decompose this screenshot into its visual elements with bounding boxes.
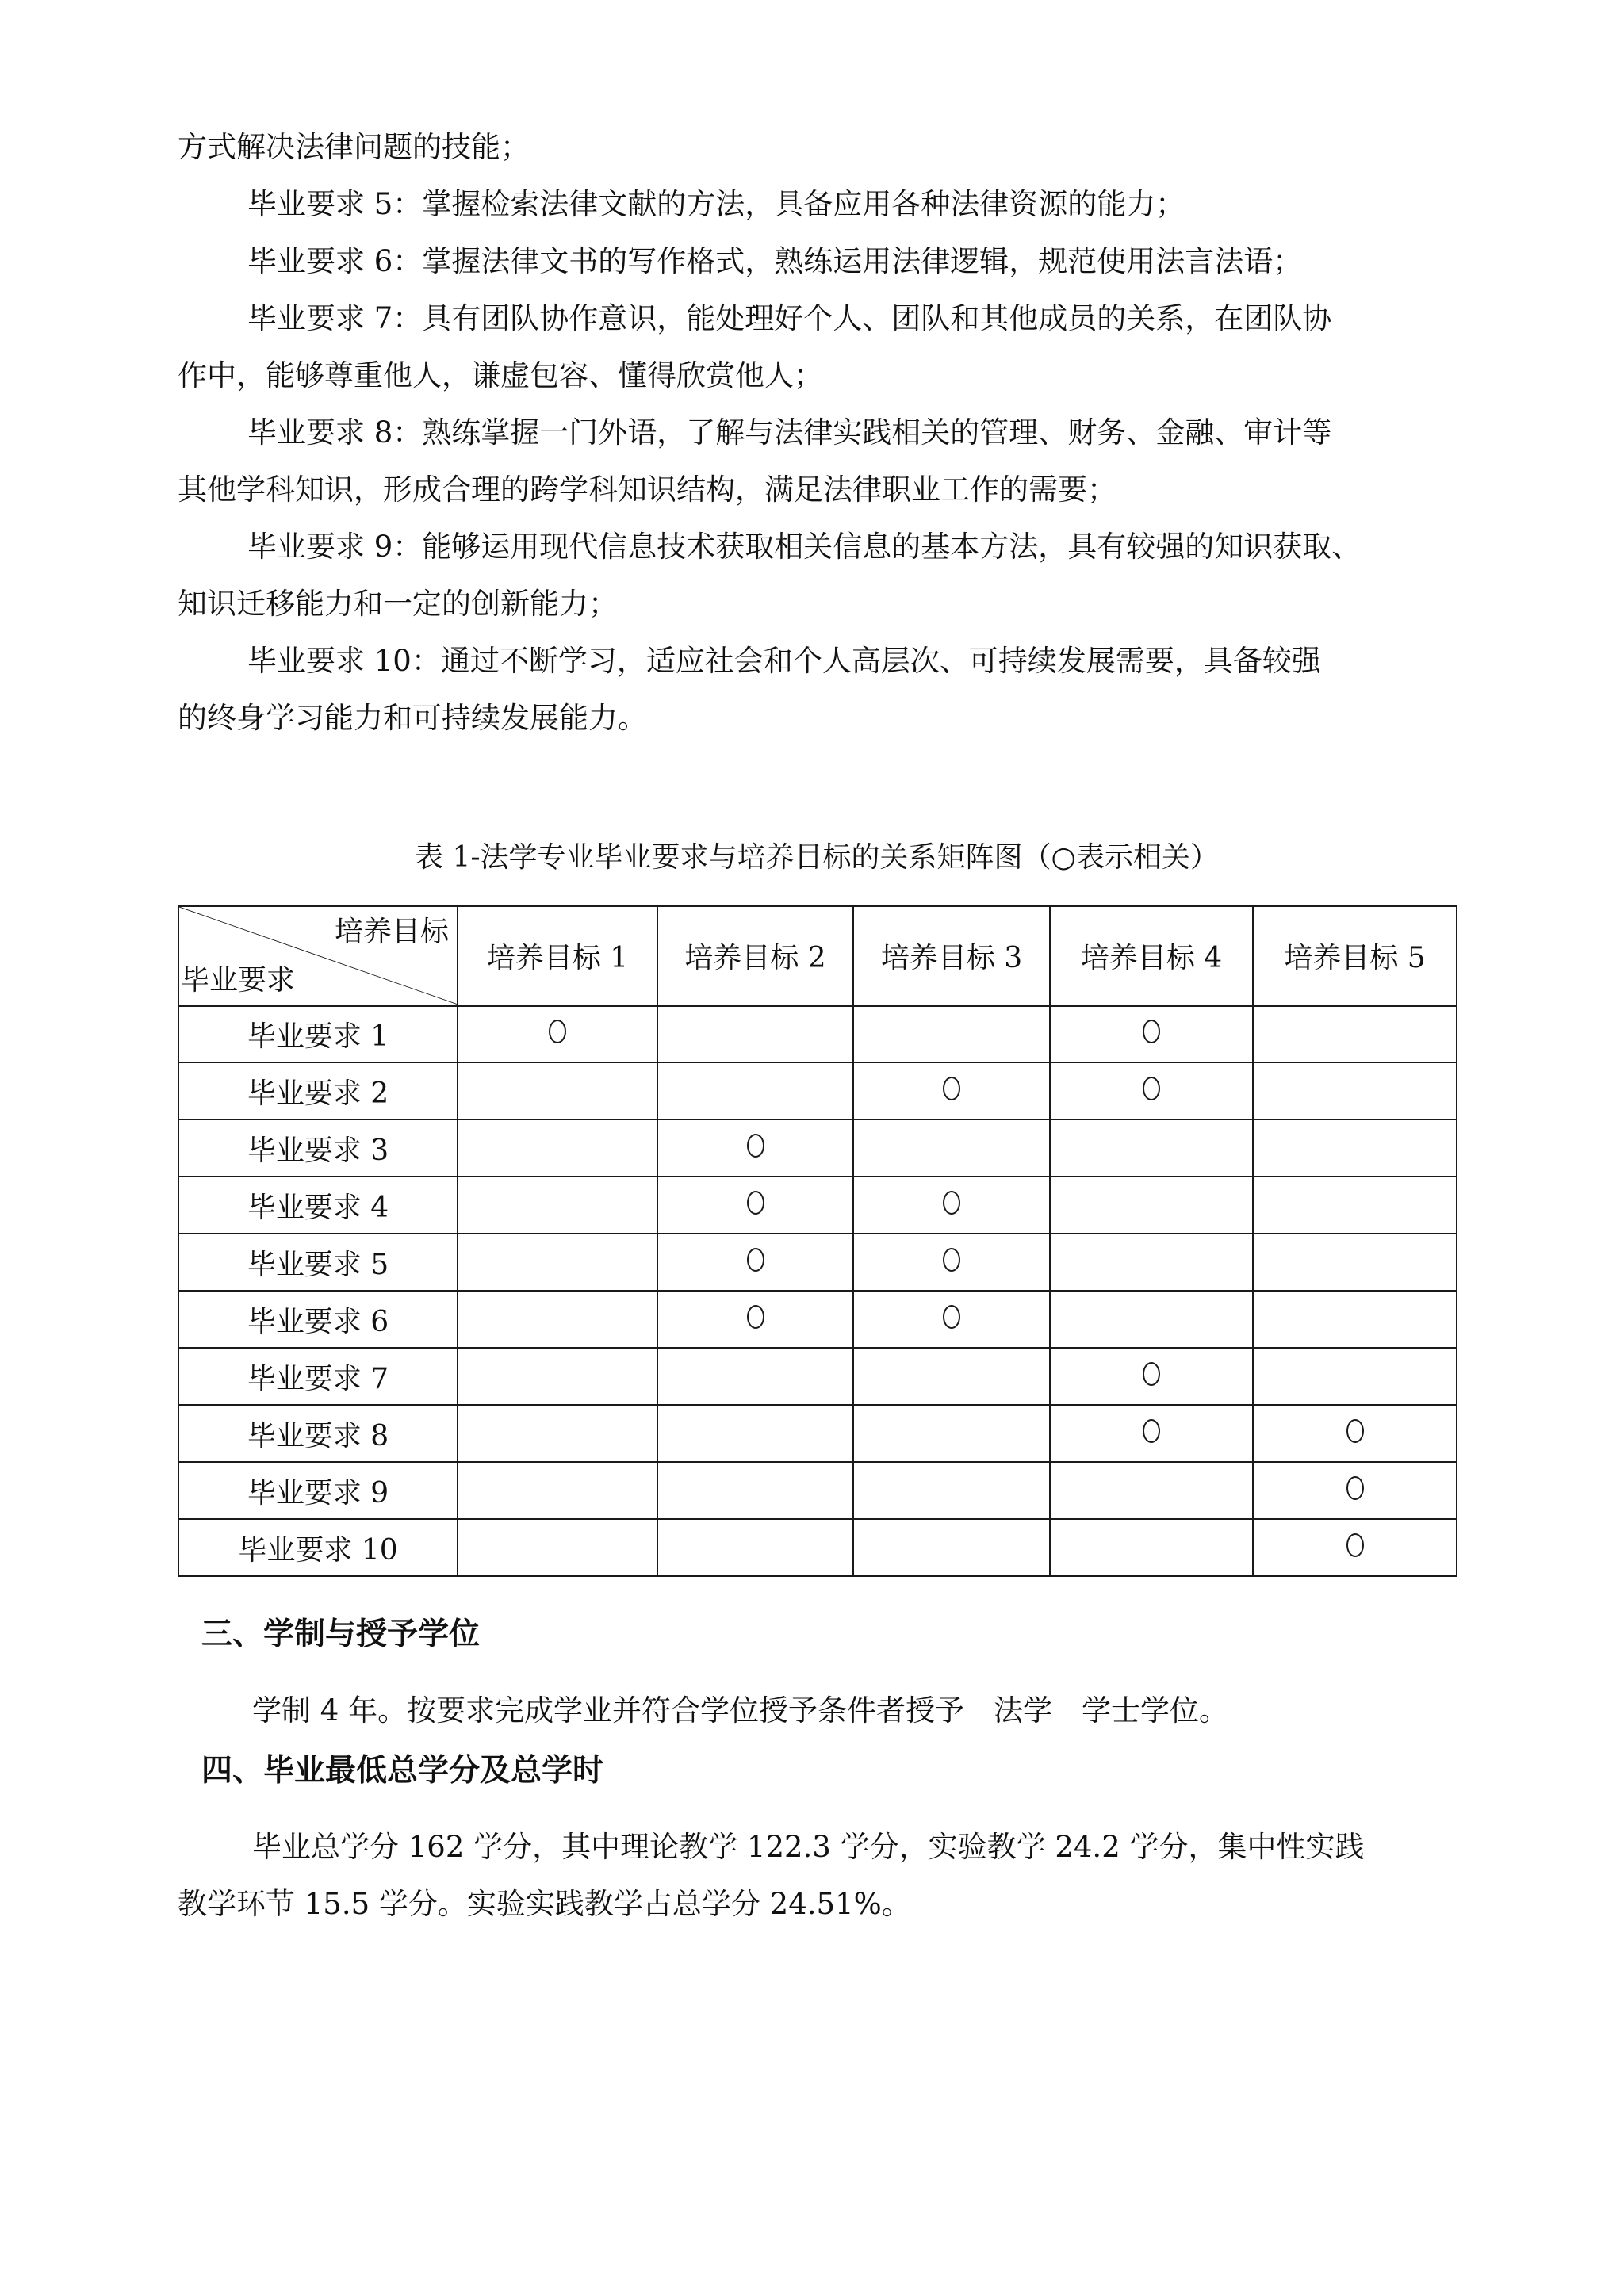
matrix-cell bbox=[853, 1177, 1050, 1234]
row-label: 毕业要求 5 bbox=[178, 1234, 458, 1291]
matrix-cell bbox=[458, 1119, 657, 1177]
matrix-cell bbox=[458, 1062, 657, 1119]
matrix-cell bbox=[853, 1291, 1050, 1348]
matrix-cell bbox=[1253, 1005, 1457, 1062]
matrix-cell bbox=[657, 1519, 853, 1576]
related-circle-icon bbox=[943, 1077, 960, 1100]
table-caption: 表 1-法学专业毕业要求与培养目标的关系矩阵图（○表示相关） bbox=[178, 842, 1456, 874]
row-label: 毕业要求 4 bbox=[178, 1177, 458, 1234]
matrix-cell bbox=[1253, 1177, 1457, 1234]
relationship-matrix-table: 培养目标 毕业要求 培养目标 1 培养目标 2 培养目标 3 培养目标 4 培养… bbox=[178, 905, 1457, 1577]
paragraph-line: 知识迁移能力和一定的创新能力； bbox=[178, 576, 1456, 633]
matrix-cell bbox=[1050, 1062, 1253, 1119]
matrix-cell bbox=[853, 1234, 1050, 1291]
paragraph-line: 毕业要求 6：掌握法律文书的写作格式，熟练运用法律逻辑，规范使用法言法语； bbox=[178, 233, 1456, 290]
column-header-goal-2: 培养目标 2 bbox=[657, 906, 853, 1005]
column-header-goal-4: 培养目标 4 bbox=[1050, 906, 1253, 1005]
matrix-cell bbox=[1253, 1348, 1457, 1405]
column-header-goal-3: 培养目标 3 bbox=[853, 906, 1050, 1005]
diagonal-corner-header: 培养目标 毕业要求 bbox=[178, 906, 458, 1005]
matrix-cell bbox=[1253, 1062, 1457, 1119]
paragraph-line: 毕业要求 7：具有团队协作意识，能处理好个人、团队和其他成员的关系，在团队协 bbox=[178, 290, 1456, 347]
table-header-row: 培养目标 毕业要求 培养目标 1 培养目标 2 培养目标 3 培养目标 4 培养… bbox=[178, 906, 1457, 1005]
corner-row-label: 毕业要求 bbox=[181, 965, 295, 997]
paragraph-line: 毕业要求 5：掌握检索法律文献的方法，具备应用各种法律资源的能力； bbox=[178, 176, 1456, 233]
row-label: 毕业要求 8 bbox=[178, 1405, 458, 1462]
paragraph-line: 毕业要求 9：能够运用现代信息技术获取相关信息的基本方法，具有较强的知识获取、 bbox=[178, 519, 1456, 576]
section-4-text-line: 教学环节 15.5 学分。实验实践教学占总学分 24.51%。 bbox=[178, 1888, 911, 1920]
related-circle-icon bbox=[747, 1248, 764, 1272]
matrix-cell bbox=[657, 1405, 853, 1462]
row-label: 毕业要求 7 bbox=[178, 1348, 458, 1405]
matrix-cell bbox=[1050, 1348, 1253, 1405]
paragraph-line: 毕业要求 10：通过不断学习，适应社会和个人高层次、可持续发展需要，具备较强 bbox=[178, 633, 1456, 690]
related-circle-icon bbox=[747, 1134, 764, 1158]
document-page: 方式解决法律问题的技能； 毕业要求 5：掌握检索法律文献的方法，具备应用各种法律… bbox=[178, 119, 1456, 747]
related-circle-icon bbox=[1346, 1533, 1364, 1557]
matrix-cell bbox=[458, 1005, 657, 1062]
column-header-goal-5: 培养目标 5 bbox=[1253, 906, 1457, 1005]
related-circle-icon bbox=[1143, 1362, 1160, 1386]
related-circle-icon bbox=[943, 1248, 960, 1272]
row-label: 毕业要求 10 bbox=[178, 1519, 458, 1576]
paragraph-line: 的终身学习能力和可持续发展能力。 bbox=[178, 690, 1456, 747]
matrix-cell bbox=[1050, 1405, 1253, 1462]
matrix-cell bbox=[853, 1405, 1050, 1462]
matrix-cell bbox=[458, 1462, 657, 1519]
table-row: 毕业要求 1 bbox=[178, 1005, 1457, 1062]
row-label: 毕业要求 1 bbox=[178, 1005, 458, 1062]
table-row: 毕业要求 3 bbox=[178, 1119, 1457, 1177]
row-label: 毕业要求 3 bbox=[178, 1119, 458, 1177]
table-row: 毕业要求 5 bbox=[178, 1234, 1457, 1291]
matrix-cell bbox=[657, 1062, 853, 1119]
matrix-cell bbox=[458, 1291, 657, 1348]
matrix-cell bbox=[657, 1291, 853, 1348]
section-4-text-line: 毕业总学分 162 学分，其中理论教学 122.3 学分，实验教学 24.2 学… bbox=[252, 1831, 1365, 1863]
paragraph-line: 其他学科知识，形成合理的跨学科知识结构，满足法律职业工作的需要； bbox=[178, 461, 1456, 519]
matrix-cell bbox=[1050, 1519, 1253, 1576]
row-label: 毕业要求 6 bbox=[178, 1291, 458, 1348]
related-circle-icon bbox=[1143, 1419, 1160, 1443]
matrix-cell bbox=[458, 1405, 657, 1462]
matrix-cell bbox=[853, 1119, 1050, 1177]
matrix-cell bbox=[458, 1177, 657, 1234]
table-row: 毕业要求 2 bbox=[178, 1062, 1457, 1119]
paragraph-line: 毕业要求 8：熟练掌握一门外语，了解与法律实践相关的管理、财务、金融、审计等 bbox=[178, 404, 1456, 461]
matrix-cell bbox=[458, 1234, 657, 1291]
matrix-cell bbox=[853, 1005, 1050, 1062]
paragraph-line: 方式解决法律问题的技能； bbox=[178, 119, 1456, 176]
related-circle-icon bbox=[1143, 1020, 1160, 1043]
matrix-cell bbox=[1050, 1462, 1253, 1519]
table-row: 毕业要求 6 bbox=[178, 1291, 1457, 1348]
table-body: 毕业要求 1毕业要求 2毕业要求 3毕业要求 4毕业要求 5毕业要求 6毕业要求… bbox=[178, 1005, 1457, 1576]
matrix-cell bbox=[458, 1348, 657, 1405]
matrix-cell bbox=[1253, 1119, 1457, 1177]
matrix-cell bbox=[657, 1234, 853, 1291]
related-circle-icon bbox=[943, 1191, 960, 1215]
related-circle-icon bbox=[747, 1305, 764, 1329]
matrix-cell bbox=[657, 1005, 853, 1062]
related-circle-icon bbox=[1143, 1077, 1160, 1100]
related-circle-icon bbox=[1346, 1476, 1364, 1500]
row-label: 毕业要求 2 bbox=[178, 1062, 458, 1119]
matrix-cell bbox=[1253, 1234, 1457, 1291]
matrix-cell bbox=[853, 1348, 1050, 1405]
matrix-cell bbox=[657, 1348, 853, 1405]
matrix-cell bbox=[1253, 1462, 1457, 1519]
column-header-goal-1: 培养目标 1 bbox=[458, 906, 657, 1005]
matrix-cell bbox=[657, 1119, 853, 1177]
matrix-cell bbox=[1050, 1119, 1253, 1177]
related-circle-icon bbox=[549, 1020, 566, 1043]
matrix-cell bbox=[657, 1177, 853, 1234]
corner-column-label: 培养目标 bbox=[335, 916, 449, 948]
table-row: 毕业要求 4 bbox=[178, 1177, 1457, 1234]
paragraph-line: 作中，能够尊重他人，谦虚包容、懂得欣赏他人； bbox=[178, 347, 1456, 404]
matrix-cell bbox=[853, 1062, 1050, 1119]
matrix-cell bbox=[1253, 1291, 1457, 1348]
matrix-cell bbox=[1050, 1234, 1253, 1291]
related-circle-icon bbox=[1346, 1419, 1364, 1443]
table-row: 毕业要求 7 bbox=[178, 1348, 1457, 1405]
matrix-cell bbox=[1253, 1405, 1457, 1462]
requirements-text-block: 方式解决法律问题的技能； 毕业要求 5：掌握检索法律文献的方法，具备应用各种法律… bbox=[178, 119, 1456, 747]
table-row: 毕业要求 9 bbox=[178, 1462, 1457, 1519]
table-row: 毕业要求 10 bbox=[178, 1519, 1457, 1576]
matrix-cell bbox=[657, 1462, 853, 1519]
matrix-cell bbox=[853, 1462, 1050, 1519]
matrix-cell bbox=[1050, 1005, 1253, 1062]
table-row: 毕业要求 8 bbox=[178, 1405, 1457, 1462]
related-circle-icon bbox=[943, 1305, 960, 1329]
related-circle-icon bbox=[747, 1191, 764, 1215]
matrix-cell bbox=[1050, 1177, 1253, 1234]
row-label: 毕业要求 9 bbox=[178, 1462, 458, 1519]
section-3-text: 学制 4 年。按要求完成学业并符合学位授予条件者授予 法学 学士学位。 bbox=[252, 1695, 1228, 1727]
matrix-cell bbox=[853, 1519, 1050, 1576]
matrix-cell bbox=[458, 1519, 657, 1576]
section-heading-3: 三、学制与授予学位 bbox=[178, 1617, 480, 1652]
matrix-cell bbox=[1050, 1291, 1253, 1348]
section-heading-4: 四、毕业最低总学分及总学时 bbox=[178, 1754, 603, 1789]
matrix-cell bbox=[1253, 1519, 1457, 1576]
